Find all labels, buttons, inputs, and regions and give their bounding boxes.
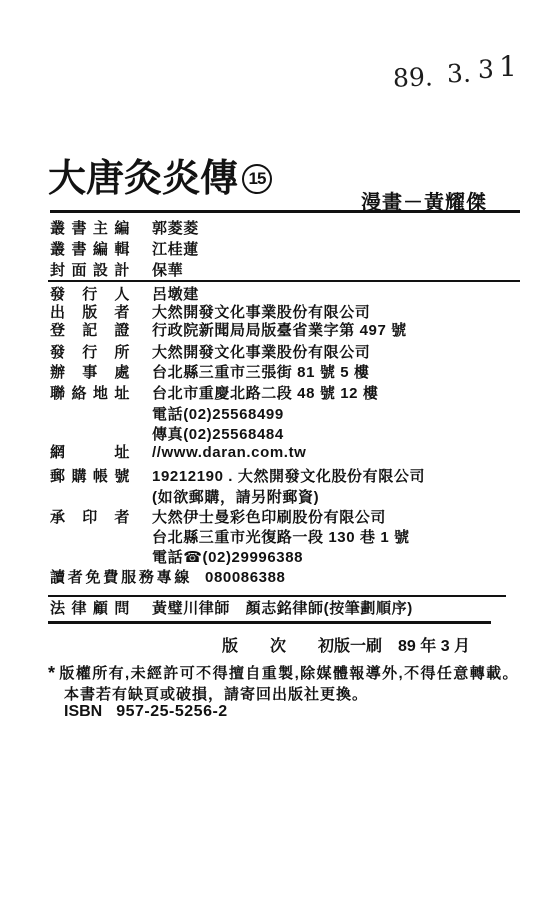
copyright-notice-line2: 本書若有缺頁或破損，請寄回出版社更換。 — [64, 683, 368, 704]
row-mail-order-account: 郵購帳號19212190 . 大然開發文化股份有限公司 — [50, 468, 425, 486]
book-title: 大唐灸炎傳 — [48, 158, 238, 200]
row-label: 網址 — [50, 444, 130, 462]
row-contact-address: 聯絡地址台北市重慶北路二段 48 號 12 樓 — [50, 385, 378, 403]
row-label: 叢書編輯 — [50, 241, 130, 259]
row-label: 聯絡地址 — [50, 385, 130, 403]
row-label: 郵購帳號 — [50, 468, 130, 486]
row-reader-service-line: 讀者免費服務專線080086388 — [50, 569, 285, 587]
row-value: 郭菱菱 — [152, 220, 199, 237]
edition-label: 版 次 — [222, 638, 286, 655]
row-value: 電話(02)25568499 — [152, 406, 284, 423]
row-mail-order-note: (如欲郵購，請另附郵資) — [152, 489, 319, 507]
row-label: 法律顧問 — [50, 600, 130, 618]
row-series-editing: 叢書編輯江桂蓮 — [50, 241, 199, 259]
isbn-row: ISBN957-25-5256-2 — [64, 703, 228, 721]
row-value: 大然開發文化事業股份有限公司 — [152, 344, 370, 361]
edition-value: 初版一刷 89 年 3 月 — [318, 638, 470, 655]
asterisk-marker: * — [48, 663, 56, 683]
handwritten-date-year: 89. — [393, 62, 434, 92]
row-value: 傳真(02)25568484 — [152, 426, 284, 443]
isbn-number: 957-25-5256-2 — [116, 703, 227, 720]
row-publisher-company: 出版者大然開發文化事業股份有限公司 — [50, 304, 370, 322]
row-printer: 承印者大然伊士曼彩色印刷股份有限公司 — [50, 509, 386, 527]
row-label: 登記證 — [50, 322, 130, 340]
row-office: 辦事處台北縣三重市三張街 81 號 5 樓 — [50, 364, 370, 382]
row-cover-design: 封面設計保華 — [50, 262, 183, 280]
row-registration: 登記證行政院新聞局局版臺省業字第 497 號 — [50, 322, 407, 340]
row-series-editor: 叢書主編郭菱菱 — [50, 220, 199, 238]
row-value: 保華 — [152, 262, 183, 279]
row-value: 呂墩建 — [152, 286, 199, 303]
row-value: 江桂蓮 — [152, 241, 199, 258]
handwritten-date-month: 3. — [447, 59, 472, 89]
row-phone: 電話(02)25568499 — [152, 406, 284, 424]
row-label: 辦事處 — [50, 364, 130, 382]
row-website: 網址//www.daran.com.tw — [50, 444, 306, 462]
row-legal-advisors: 法律顧問黃璧川律師 顏志銘律師(按筆劃順序) — [50, 600, 413, 618]
row-publisher-person: 發行人呂墩建 — [50, 286, 199, 304]
copyright-notice-line1: *版權所有,未經許可不得擅自重製,除媒體報導外,不得任意轉載。 — [48, 662, 519, 684]
row-value: 19212190 . 大然開發文化股份有限公司 — [152, 468, 425, 485]
row-label: 叢書主編 — [50, 220, 130, 238]
row-printer-address: 台北縣三重市光復路一段 130 巷 1 號 — [152, 529, 410, 547]
row-distributor: 發行所大然開發文化事業股份有限公司 — [50, 344, 370, 362]
row-label: 封面設計 — [50, 262, 130, 280]
legal-bottom-rule — [48, 621, 491, 624]
row-value: 大然伊士曼彩色印刷股份有限公司 — [152, 509, 386, 526]
row-printer-phone: 電話☎(02)29996388 — [152, 549, 303, 567]
row-value: 電話☎(02)29996388 — [152, 549, 303, 566]
row-label: 承印者 — [50, 509, 130, 527]
row-value: 大然開發文化事業股份有限公司 — [152, 304, 370, 321]
colophon-page: 89. 3. 3 1 大唐灸炎傳 15 漫畫－黃耀傑 叢書主編郭菱菱 叢書編輯江… — [0, 0, 554, 900]
row-value: 台北縣三重市光復路一段 130 巷 1 號 — [152, 529, 410, 546]
handwritten-date-day-digit1: 3 — [478, 55, 494, 84]
isbn-label: ISBN — [64, 703, 102, 720]
row-value: 台北市重慶北路二段 48 號 12 樓 — [152, 385, 378, 402]
volume-number-circle: 15 — [242, 164, 272, 194]
row-label: 發行人 — [50, 286, 130, 304]
service-phone-number: 080086388 — [205, 569, 285, 586]
title-underline-rule — [50, 210, 520, 213]
row-value: 黃璧川律師 顏志銘律師(按筆劃順序) — [152, 600, 413, 617]
credits-separator-rule — [48, 280, 520, 282]
row-edition: 版 次初版一刷 89 年 3 月 — [222, 633, 470, 656]
row-value: 台北縣三重市三張街 81 號 5 樓 — [152, 364, 370, 381]
row-value: (如欲郵購，請另附郵資) — [152, 489, 319, 506]
row-label: 讀者免費服務專線 — [50, 569, 190, 587]
book-title-row: 大唐灸炎傳 15 — [48, 158, 272, 200]
notice-text: 本書若有缺頁或破損，請寄回出版社更換。 — [64, 686, 368, 703]
row-label: 出版者 — [50, 304, 130, 322]
row-fax: 傳真(02)25568484 — [152, 426, 284, 444]
row-label: 發行所 — [50, 344, 130, 362]
handwritten-date-day-digit2: 1 — [499, 50, 517, 83]
legal-top-rule — [48, 595, 506, 597]
notice-text: 版權所有,未經許可不得擅自重製,除媒體報導外,不得任意轉載。 — [59, 665, 519, 682]
website-url: //www.daran.com.tw — [152, 444, 306, 461]
row-value: 行政院新聞局局版臺省業字第 497 號 — [152, 322, 407, 339]
